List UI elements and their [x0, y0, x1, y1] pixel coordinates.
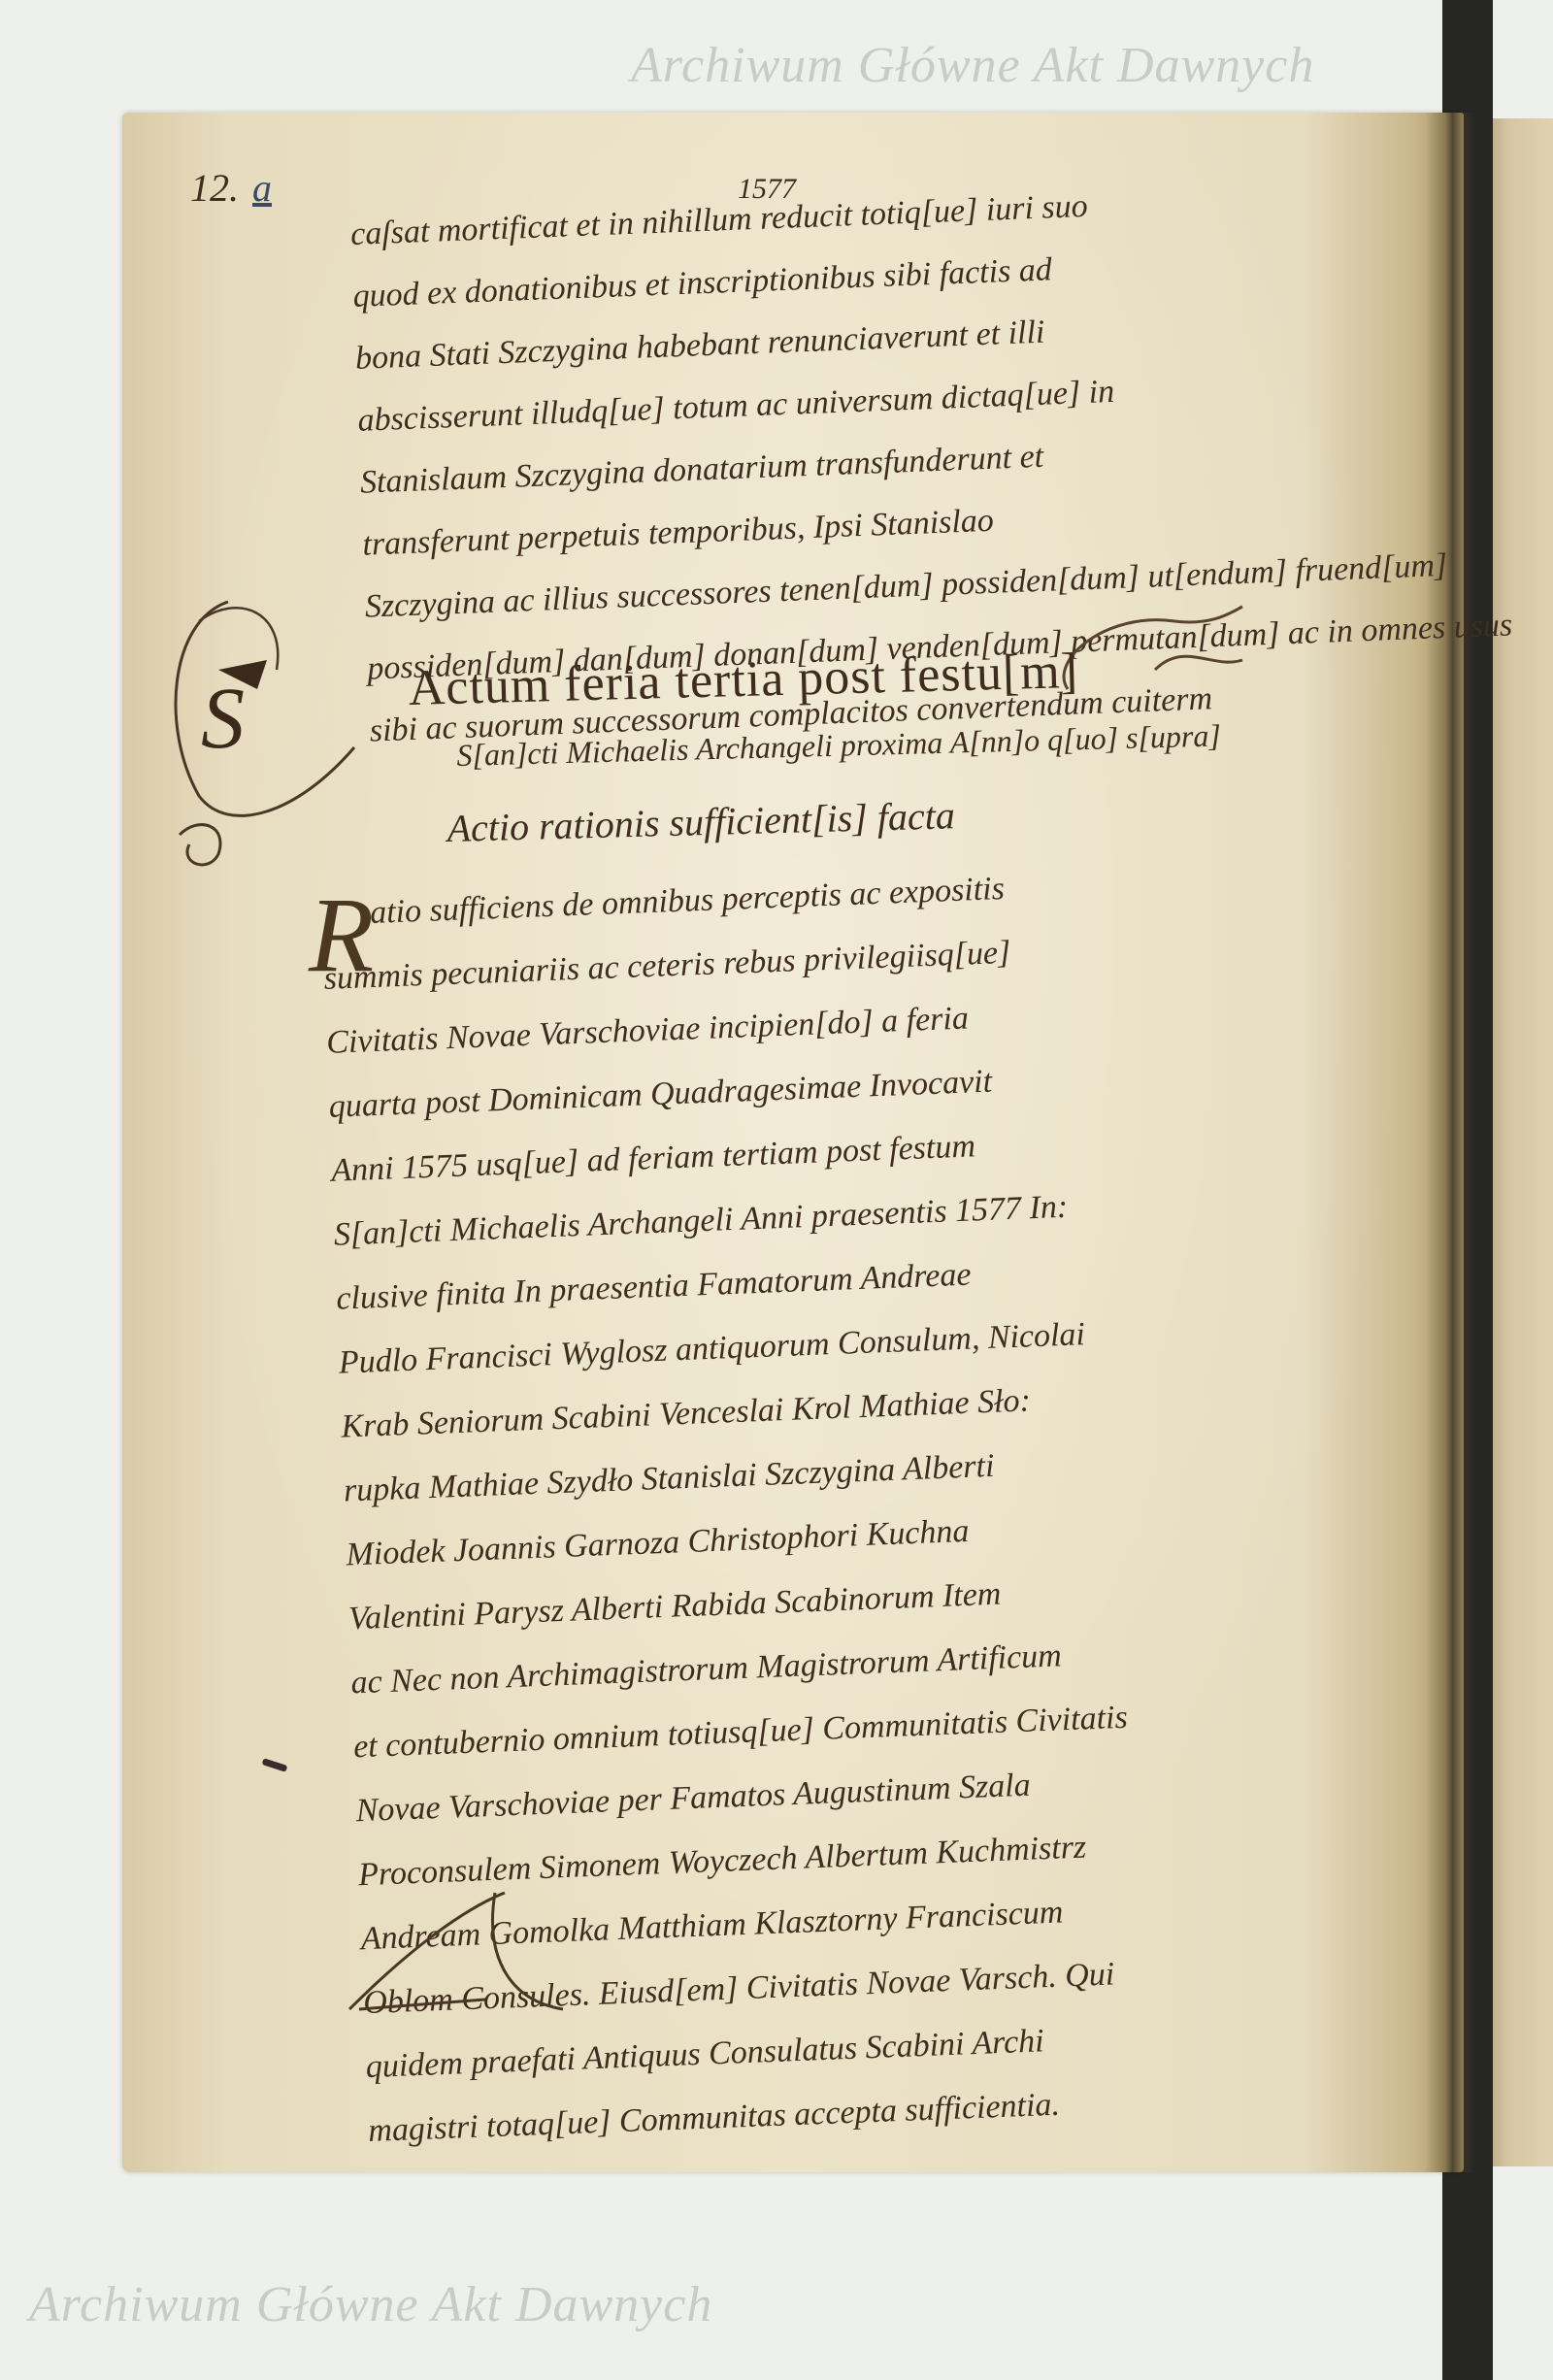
folio-suffix: a: [252, 166, 272, 210]
flourish-swirl-icon: [1048, 602, 1252, 699]
closing-flourish-icon: [340, 1873, 582, 2029]
archive-watermark-top: Archiwum Główne Akt Dawnych: [631, 37, 1314, 94]
folio-number-value: 12.: [190, 166, 239, 210]
archive-watermark-bottom: Archiwum Główne Akt Dawnych: [29, 2276, 712, 2333]
marginal-monogram-icon: S: [160, 582, 383, 874]
folio-number: 12.a: [190, 165, 272, 211]
svg-text:S: S: [201, 671, 245, 767]
